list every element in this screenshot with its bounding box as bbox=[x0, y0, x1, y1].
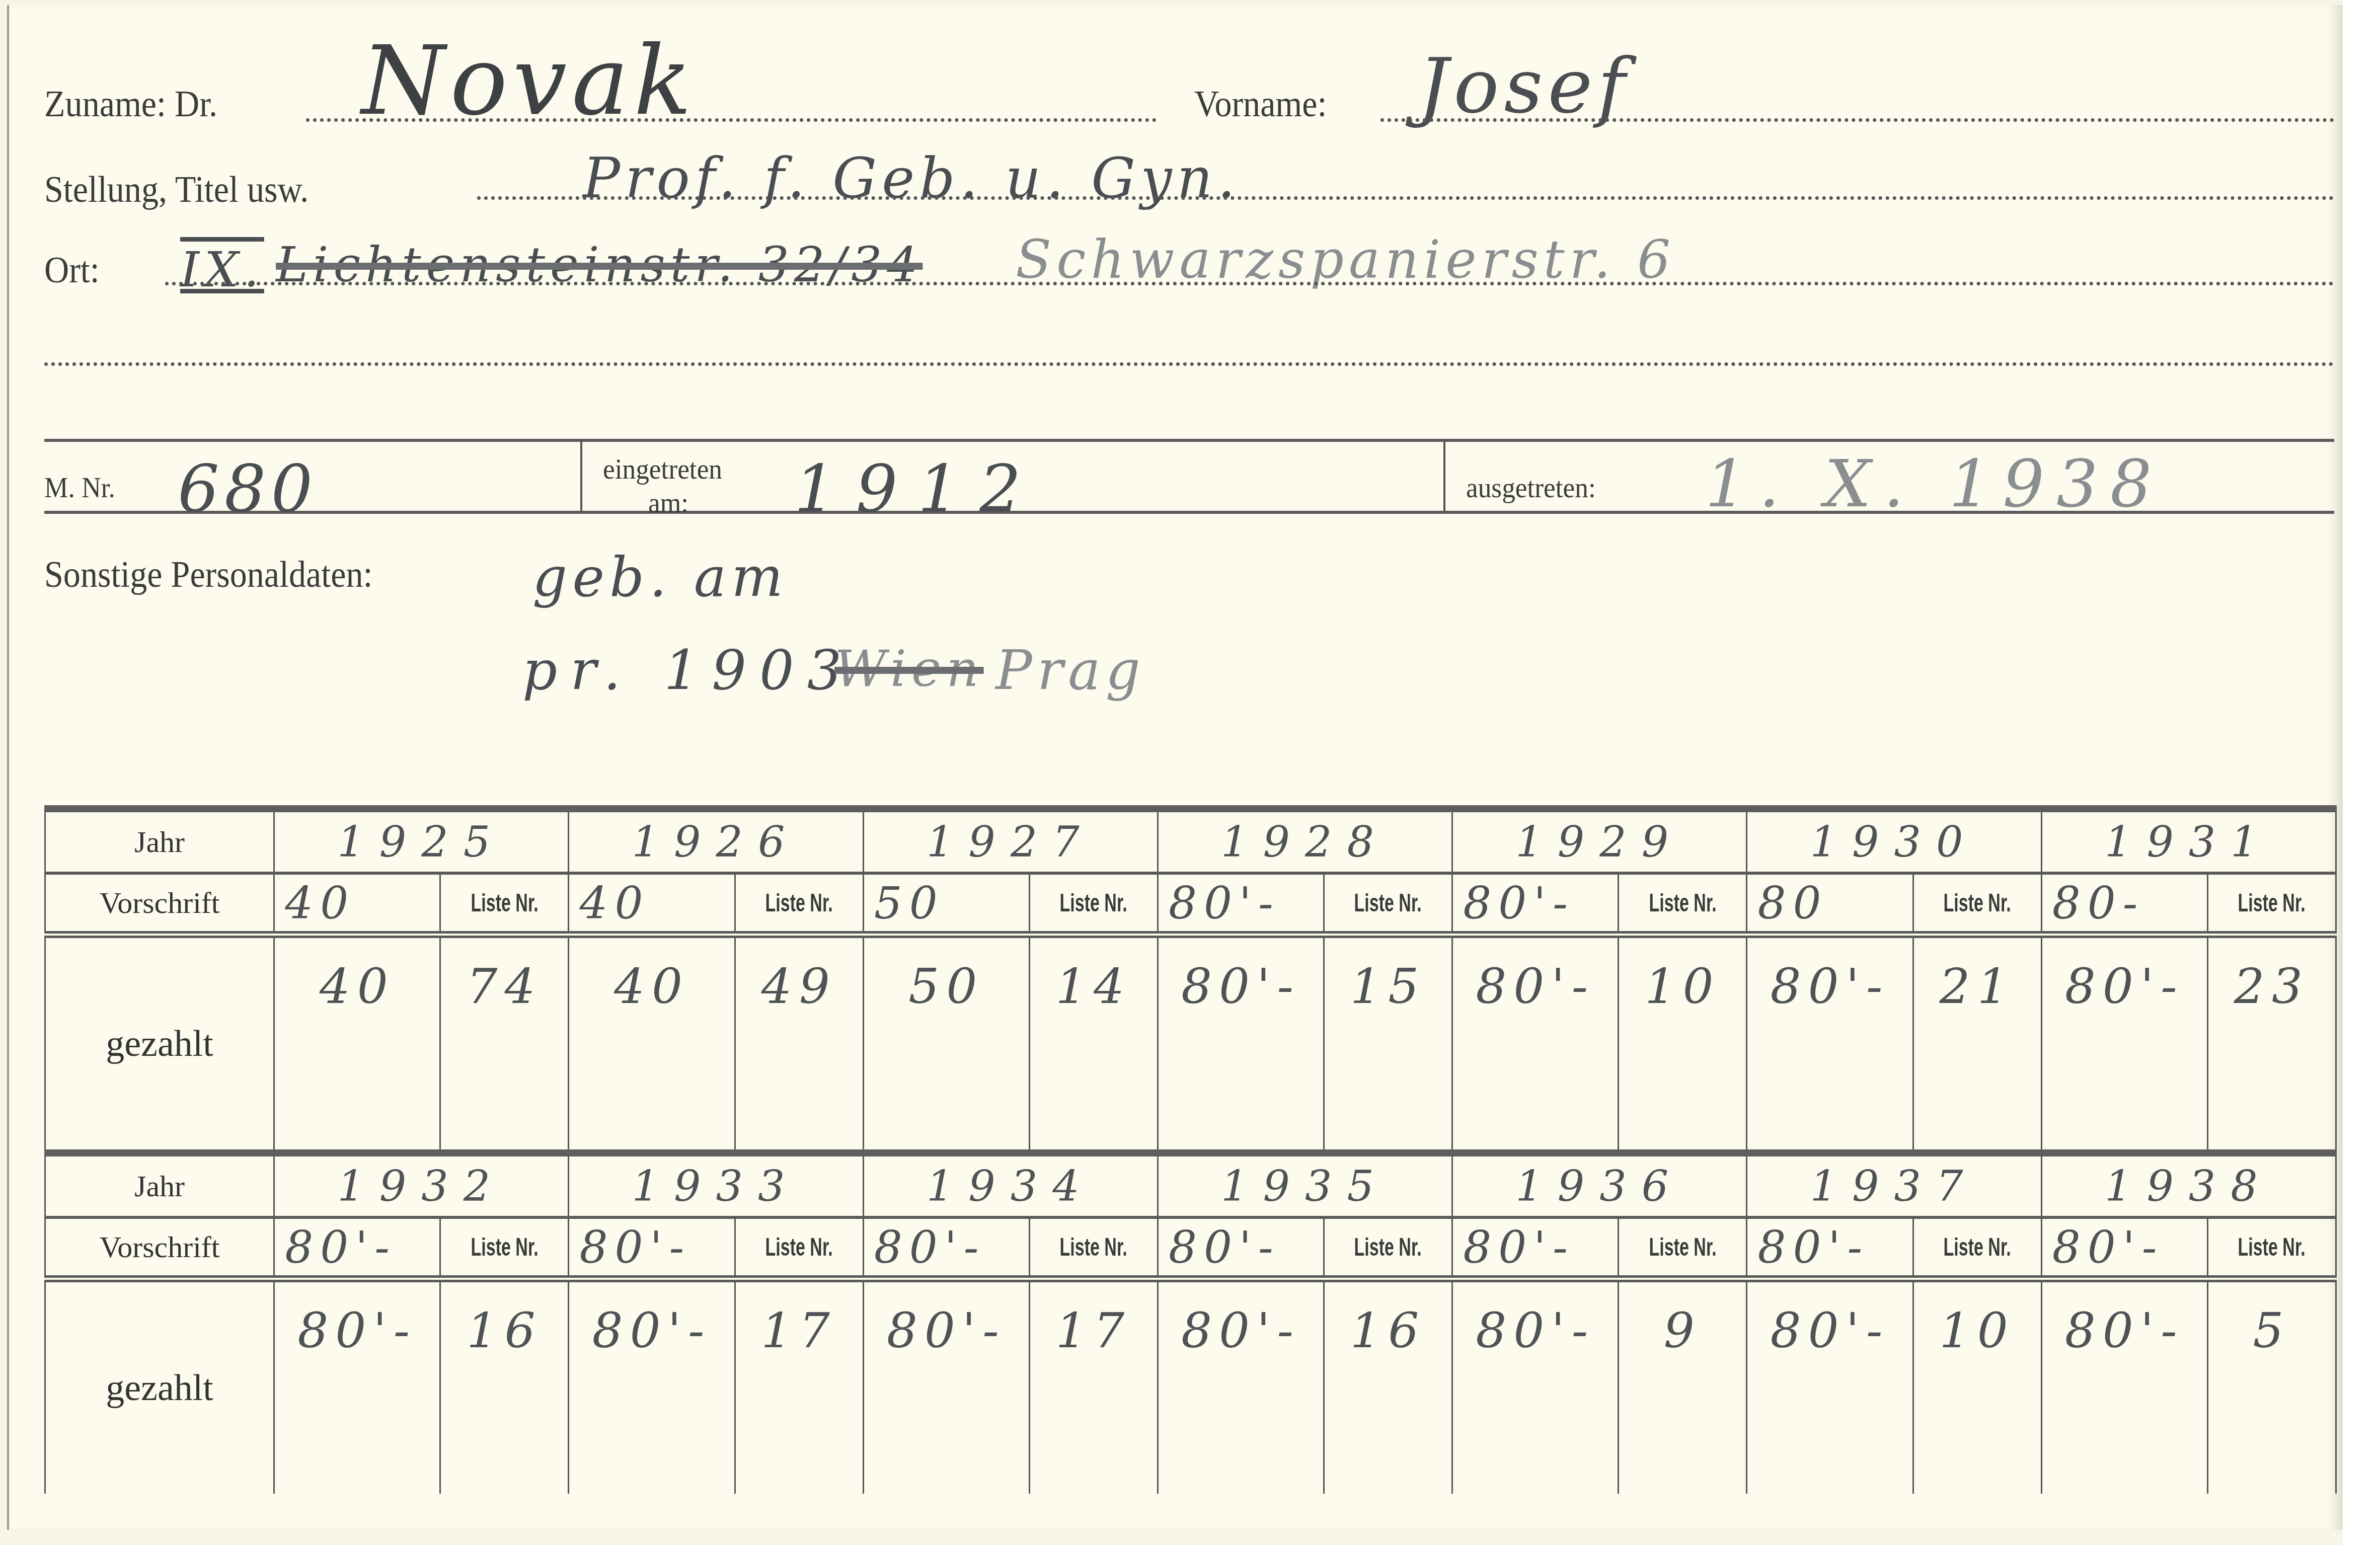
list-no-value[interactable]: 49 bbox=[736, 938, 863, 1015]
list-no-label: Liste Nr. bbox=[2238, 1232, 2306, 1262]
list-no-value[interactable]: 17 bbox=[1030, 1282, 1157, 1359]
paid-cell: 80'- bbox=[569, 1279, 735, 1494]
paid-cell: 80'- bbox=[2041, 935, 2207, 1153]
paid-value[interactable]: 80'- bbox=[1453, 938, 1618, 1015]
year-value[interactable]: 1931 bbox=[2105, 817, 2273, 867]
list-no-cell: 17 bbox=[735, 1279, 863, 1494]
list-no-cell: 74 bbox=[440, 935, 569, 1153]
year-cell: 1926 bbox=[569, 809, 863, 873]
paid-value[interactable]: 80'- bbox=[1453, 1282, 1618, 1359]
surname-line bbox=[306, 118, 1157, 122]
list-no-header-cell: Liste Nr. bbox=[1619, 1217, 1747, 1279]
required-cell: 80'- bbox=[1158, 873, 1324, 935]
year-value[interactable]: 1938 bbox=[2105, 1162, 2273, 1211]
list-no-value[interactable]: 15 bbox=[1325, 938, 1451, 1015]
paid-cell: 80'- bbox=[1747, 1279, 1913, 1494]
required-value[interactable]: 80'- bbox=[1463, 1221, 1575, 1273]
year-value[interactable]: 1925 bbox=[337, 817, 505, 867]
list-no-label: Liste Nr. bbox=[1354, 1232, 1422, 1262]
required-cell: 80'- bbox=[569, 1217, 735, 1279]
list-no-value[interactable]: 10 bbox=[1914, 1282, 2041, 1359]
location-new[interactable]: Schwarzspanierstr. 6 bbox=[1016, 229, 1675, 290]
required-cell: 40 bbox=[274, 873, 440, 935]
required-row: Vorschrift40Liste Nr.40Liste Nr.50Liste … bbox=[45, 873, 2336, 935]
year-cell: 1935 bbox=[1158, 1153, 1452, 1217]
position-line bbox=[477, 196, 2334, 200]
personal-line2-new[interactable]: Prag bbox=[995, 639, 1145, 702]
list-no-label: Liste Nr. bbox=[2238, 888, 2306, 917]
list-no-label: Liste Nr. bbox=[765, 1232, 833, 1262]
list-no-value[interactable]: 16 bbox=[1325, 1282, 1451, 1359]
required-cell: 80- bbox=[2041, 873, 2207, 935]
paid-cell: 80'- bbox=[2041, 1279, 2207, 1494]
year-cell: 1930 bbox=[1747, 809, 2041, 873]
list-no-label: Liste Nr. bbox=[1649, 1232, 1716, 1262]
list-no-cell: 5 bbox=[2207, 1279, 2336, 1494]
list-no-cell: 10 bbox=[1619, 935, 1747, 1153]
paid-cell: 80'- bbox=[1452, 1279, 1619, 1494]
list-no-header-cell: Liste Nr. bbox=[1324, 873, 1452, 935]
list-no-header-cell: Liste Nr. bbox=[1913, 1217, 2041, 1279]
list-no-header-cell: Liste Nr. bbox=[1324, 1217, 1452, 1279]
list-no-header-cell: Liste Nr. bbox=[735, 873, 863, 935]
personal-line2-struck: Wien bbox=[834, 639, 984, 698]
dues-table: Jahr1925192619271928192919301931Vorschri… bbox=[44, 805, 2337, 1494]
year-value[interactable]: 1934 bbox=[927, 1162, 1095, 1211]
paid-row-label: gezahlt bbox=[45, 935, 274, 1153]
year-cell: 1933 bbox=[569, 1153, 863, 1217]
paid-value[interactable]: 80'- bbox=[864, 1282, 1029, 1359]
year-cell: 1936 bbox=[1452, 1153, 1747, 1217]
joined-label-line1: eingetreten bbox=[603, 452, 722, 486]
paid-value[interactable]: 80'- bbox=[275, 1282, 439, 1359]
list-no-header-cell: Liste Nr. bbox=[1029, 1217, 1158, 1279]
paid-value[interactable]: 80'- bbox=[569, 1282, 734, 1359]
required-value[interactable]: 80'- bbox=[1463, 877, 1575, 929]
rule-top bbox=[44, 439, 2334, 442]
year-row: Jahr1932193319341935193619371938 bbox=[45, 1153, 2336, 1217]
year-row-label: Jahr bbox=[45, 809, 274, 873]
required-cell: 80'- bbox=[863, 1217, 1029, 1279]
list-no-label: Liste Nr. bbox=[1944, 1232, 2011, 1262]
list-no-label: Liste Nr. bbox=[1060, 1232, 1127, 1262]
personal-line1[interactable]: geb. am bbox=[532, 546, 788, 609]
required-value[interactable]: 80'- bbox=[874, 1221, 986, 1273]
list-no-label: Liste Nr. bbox=[765, 888, 833, 917]
list-no-label: Liste Nr. bbox=[1060, 888, 1127, 917]
list-no-label: Liste Nr. bbox=[1649, 888, 1716, 917]
scan-margin bbox=[2343, 0, 2380, 1545]
required-cell: 80 bbox=[1747, 873, 1913, 935]
list-no-header-cell: Liste Nr. bbox=[440, 1217, 569, 1279]
list-no-header-cell: Liste Nr. bbox=[735, 1217, 863, 1279]
personal-label: Sonstige Personaldaten: bbox=[44, 554, 372, 596]
divider-2 bbox=[1443, 442, 1445, 511]
paid-value[interactable]: 80'- bbox=[1747, 1282, 1912, 1359]
list-no-cell: 16 bbox=[440, 1279, 569, 1494]
paid-cell: 40 bbox=[569, 935, 735, 1153]
member-no-value[interactable]: 680 bbox=[178, 450, 318, 527]
paid-cell: 80'- bbox=[1158, 1279, 1324, 1494]
paid-cell: 80'- bbox=[274, 1279, 440, 1494]
list-no-value[interactable]: 23 bbox=[2208, 938, 2335, 1015]
paid-value[interactable]: 80'- bbox=[1159, 1282, 1323, 1359]
year-cell: 1925 bbox=[274, 809, 569, 873]
paid-value[interactable]: 80'- bbox=[1747, 938, 1912, 1015]
required-value[interactable]: 80'- bbox=[1757, 1221, 1869, 1273]
required-value[interactable]: 40 bbox=[285, 877, 355, 929]
required-row-label: Vorschrift bbox=[45, 873, 274, 935]
paid-cell: 80'- bbox=[1747, 935, 1913, 1153]
membership-card: Zuname: Dr. Novak Vorname: Josef Stellun… bbox=[7, 5, 2344, 1530]
left-value[interactable]: 1. X. 1938 bbox=[1705, 445, 2164, 522]
required-value[interactable]: 80 bbox=[1757, 877, 1828, 929]
paid-cell: 80'- bbox=[1158, 935, 1324, 1153]
paid-value[interactable]: 40 bbox=[569, 938, 734, 1015]
year-cell: 1929 bbox=[1452, 809, 1747, 873]
list-no-header-cell: Liste Nr. bbox=[440, 873, 569, 935]
paid-value[interactable]: 50 bbox=[864, 938, 1029, 1015]
list-no-cell: 9 bbox=[1619, 1279, 1747, 1494]
year-cell: 1937 bbox=[1747, 1153, 2041, 1217]
required-cell: 40 bbox=[569, 873, 735, 935]
required-cell: 80'- bbox=[1452, 873, 1619, 935]
paid-value[interactable]: 80'- bbox=[2042, 1282, 2207, 1359]
paid-value[interactable]: 40 bbox=[275, 938, 439, 1015]
list-no-value[interactable]: 10 bbox=[1619, 938, 1746, 1015]
list-no-cell: 15 bbox=[1324, 935, 1452, 1153]
year-value[interactable]: 1936 bbox=[1515, 1162, 1683, 1211]
required-value[interactable]: 80'- bbox=[285, 1221, 397, 1273]
paid-row: gezahlt40744049501480'-1580'-1080'-2180'… bbox=[45, 935, 2336, 1153]
required-cell: 80'- bbox=[274, 1217, 440, 1279]
joined-value[interactable]: 1912 bbox=[794, 450, 1041, 527]
firstname-value[interactable]: Josef bbox=[1418, 43, 1631, 130]
paid-cell: 50 bbox=[863, 935, 1029, 1153]
paid-row: gezahlt80'-1680'-1780'-1780'-1680'-980'-… bbox=[45, 1279, 2336, 1494]
list-no-cell: 10 bbox=[1913, 1279, 2041, 1494]
extra-line bbox=[44, 362, 2334, 366]
position-value[interactable]: Prof. f. Geb. u. Gyn. bbox=[583, 146, 1240, 210]
year-cell: 1938 bbox=[2041, 1153, 2336, 1217]
paid-cell: 80'- bbox=[863, 1279, 1029, 1494]
year-value[interactable]: 1929 bbox=[1515, 817, 1683, 867]
year-value[interactable]: 1933 bbox=[632, 1162, 800, 1211]
year-value[interactable]: 1928 bbox=[1221, 817, 1389, 867]
personal-line2-prefix[interactable]: pr. 1903 bbox=[522, 639, 855, 702]
list-no-cell: 23 bbox=[2207, 935, 2336, 1153]
year-cell: 1928 bbox=[1158, 809, 1452, 873]
list-no-label: Liste Nr. bbox=[471, 1232, 538, 1262]
list-no-value[interactable]: 17 bbox=[736, 1282, 863, 1359]
firstname-label: Vorname: bbox=[1194, 83, 1327, 126]
list-no-value[interactable]: 21 bbox=[1914, 938, 2041, 1015]
list-no-cell: 17 bbox=[1029, 1279, 1158, 1494]
list-no-cell: 21 bbox=[1913, 935, 2041, 1153]
location-district[interactable]: IX. bbox=[180, 242, 264, 298]
surname-label: Zuname: Dr. bbox=[44, 83, 217, 126]
list-no-label: Liste Nr. bbox=[1354, 888, 1422, 917]
list-no-value[interactable]: 16 bbox=[441, 1282, 568, 1359]
location-line bbox=[165, 282, 2334, 285]
required-value[interactable]: 40 bbox=[579, 877, 650, 929]
paid-cell: 40 bbox=[274, 935, 440, 1153]
year-cell: 1932 bbox=[274, 1153, 569, 1217]
list-no-value[interactable]: 5 bbox=[2208, 1282, 2335, 1359]
required-value[interactable]: 80- bbox=[2052, 877, 2145, 929]
required-cell: 80'- bbox=[1747, 1217, 1913, 1279]
year-cell: 1934 bbox=[863, 1153, 1158, 1217]
required-value[interactable]: 80'- bbox=[579, 1221, 691, 1273]
year-value[interactable]: 1935 bbox=[1221, 1162, 1389, 1211]
required-row-label: Vorschrift bbox=[45, 1217, 274, 1279]
year-value[interactable]: 1937 bbox=[1810, 1162, 1978, 1211]
list-no-header-cell: Liste Nr. bbox=[2207, 873, 2336, 935]
list-no-value[interactable]: 9 bbox=[1619, 1282, 1746, 1359]
list-no-cell: 16 bbox=[1324, 1279, 1452, 1494]
list-no-value[interactable]: 74 bbox=[441, 938, 568, 1015]
list-no-header-cell: Liste Nr. bbox=[2207, 1217, 2336, 1279]
list-no-label: Liste Nr. bbox=[1944, 888, 2011, 917]
divider-1 bbox=[580, 442, 582, 511]
left-label: ausgetreten: bbox=[1466, 471, 1596, 504]
required-value[interactable]: 50 bbox=[874, 877, 945, 929]
list-no-header-cell: Liste Nr. bbox=[1913, 873, 2041, 935]
required-cell: 80'- bbox=[1158, 1217, 1324, 1279]
list-no-value[interactable]: 14 bbox=[1030, 938, 1157, 1015]
year-value[interactable]: 1927 bbox=[927, 817, 1095, 867]
required-value[interactable]: 80'- bbox=[1169, 1221, 1280, 1273]
required-value[interactable]: 80'- bbox=[1169, 877, 1280, 929]
year-row-label: Jahr bbox=[45, 1153, 274, 1217]
paid-cell: 80'- bbox=[1452, 935, 1619, 1153]
paid-value[interactable]: 80'- bbox=[2042, 938, 2207, 1015]
list-no-header-cell: Liste Nr. bbox=[1029, 873, 1158, 935]
paid-row-label: gezahlt bbox=[45, 1279, 274, 1494]
paid-value[interactable]: 80'- bbox=[1159, 938, 1323, 1015]
list-no-header-cell: Liste Nr. bbox=[1619, 873, 1747, 935]
list-no-cell: 14 bbox=[1029, 935, 1158, 1153]
required-row: Vorschrift80'-Liste Nr.80'-Liste Nr.80'-… bbox=[45, 1217, 2336, 1279]
required-cell: 50 bbox=[863, 873, 1029, 935]
required-cell: 80'- bbox=[1452, 1217, 1619, 1279]
year-cell: 1931 bbox=[2041, 809, 2336, 873]
required-cell: 80'- bbox=[2041, 1217, 2207, 1279]
required-value[interactable]: 80'- bbox=[2052, 1221, 2164, 1273]
firstname-line bbox=[1380, 118, 2334, 122]
year-value[interactable]: 1926 bbox=[632, 817, 800, 867]
year-value[interactable]: 1932 bbox=[337, 1162, 505, 1211]
year-value[interactable]: 1930 bbox=[1810, 817, 1978, 867]
joined-label-line2: am: bbox=[648, 486, 688, 519]
position-label: Stellung, Titel usw. bbox=[44, 169, 309, 211]
member-no-label: M. Nr. bbox=[44, 471, 115, 504]
year-cell: 1927 bbox=[863, 809, 1158, 873]
list-no-label: Liste Nr. bbox=[471, 888, 538, 917]
list-no-cell: 49 bbox=[735, 935, 863, 1153]
location-label: Ort: bbox=[44, 249, 100, 292]
year-row: Jahr1925192619271928192919301931 bbox=[45, 809, 2336, 873]
